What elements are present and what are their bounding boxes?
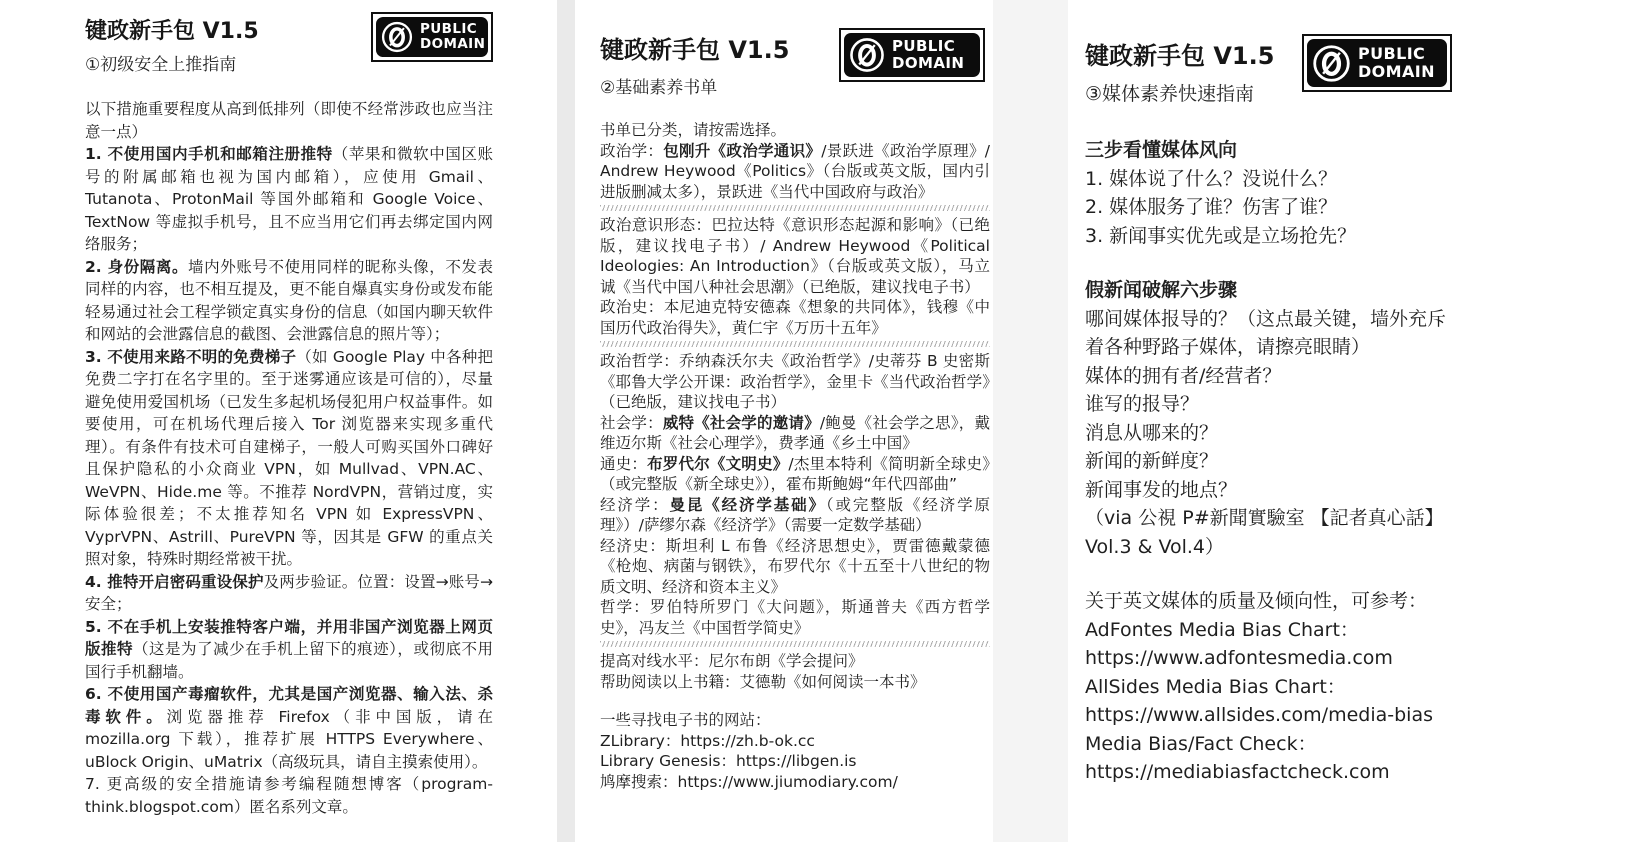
column-divider-left xyxy=(557,0,575,842)
dashed-separator xyxy=(600,341,990,347)
bold-text: 威特《社会学的邀请》 xyxy=(663,414,820,432)
public-domain-badge-inner: PUBLIC DOMAIN xyxy=(376,17,488,57)
spacer xyxy=(1085,561,1460,587)
bold-text: 包刚升《政治学通识》 xyxy=(663,142,821,160)
badge-text: PUBLIC DOMAIN xyxy=(1358,45,1435,81)
paragraph: 2. 身份隔离。墙内外账号不使用同样的昵称头像，不发表同样的内容，也不相互提及，… xyxy=(85,256,493,346)
bold-text: 2. 身份隔离。 xyxy=(85,258,188,276)
cc0-zero-icon xyxy=(1311,43,1352,84)
bold-text: 1. 不使用国内手机和邮箱注册推特 xyxy=(85,145,333,163)
text-line: 3. 新闻事实优先或是立场抢先？ xyxy=(1085,222,1460,251)
panel-book-list: 键政新手包 V1.5 ②基础素养书单 PUBLIC DOMAIN 书单已分类，请… xyxy=(600,30,990,792)
paragraph: 6. 不使用国产毒瘤软件，尤其是国产浏览器、输入法、杀毒软件。浏览器推荐 Fir… xyxy=(85,683,493,773)
badge-text-line1: PUBLIC xyxy=(420,22,485,37)
paragraph: 经济史：斯坦利 L 布鲁《经济思想史》，贾雷德戴蒙德《枪炮、病菌与钢铁》，布罗代… xyxy=(600,536,990,598)
text: 提高对线水平：尼尔布朗《学会提问》 xyxy=(600,652,864,670)
text: （这是为了减少在手机上留下的痕迹），或彻底不用国行手机翻墙。 xyxy=(85,640,493,681)
text: 政治史：本尼迪克特安德森《想象的共同体》，钱穆《中国历代政治得失》，黄仁宇《万历… xyxy=(600,298,990,337)
intro-line: 书单已分类，请按需选择。 xyxy=(600,120,990,141)
text-line: （via 公視 P#新聞實驗室 【記者真心話】Vol.3 & Vol.4） xyxy=(1085,504,1460,561)
paragraph: 提高对线水平：尼尔布朗《学会提问》 xyxy=(600,651,990,672)
paragraph: 政治学：包刚升《政治学通识》/景跃进《政治学原理》/ Andrew Heywoo… xyxy=(600,141,990,203)
paragraph: 社会学：威特《社会学的邀请》/鲍曼《社会学之思》，戴维迈尔斯《社会心理学》，费孝… xyxy=(600,413,990,454)
text-line: 新闻的新鲜度？ xyxy=(1085,447,1460,476)
text: 7. 更高级的安全措施请参考编程随想博客（program-think.blogs… xyxy=(85,775,493,816)
cc0-zero-icon xyxy=(380,20,414,54)
column-divider-right xyxy=(993,0,1068,842)
text-line: 谁写的报导？ xyxy=(1085,390,1460,419)
text: （如 Google Play 中各种把免费二字打在名字里的。至于迷雾通应该是可信… xyxy=(85,348,493,569)
public-domain-badge-inner: PUBLIC DOMAIN xyxy=(844,33,980,77)
dashed-separator xyxy=(600,205,990,211)
dashed-separator xyxy=(600,641,990,647)
text: 经济学： xyxy=(600,496,670,514)
badge-text-line1: PUBLIC xyxy=(1358,45,1435,63)
badge-text-line1: PUBLIC xyxy=(892,38,964,55)
text: 社会学： xyxy=(600,414,663,432)
text-line: AdFontes Media Bias Chart： xyxy=(1085,616,1460,645)
section-heading: 三步看懂媒体风向 xyxy=(1085,136,1460,165)
public-domain-badge: PUBLIC DOMAIN xyxy=(371,12,493,62)
text: 哲学：罗伯特所罗门《大问题》，斯通普夫《西方哲学史》，冯友兰《中国哲学简史》 xyxy=(600,598,990,637)
text: 政治学： xyxy=(600,142,663,160)
panel-header: 键政新手包 V1.5 ①初级安全上推指南 PUBLIC DOMAIN xyxy=(85,14,493,75)
text-line: 消息从哪来的？ xyxy=(1085,419,1460,448)
spacer xyxy=(600,692,990,710)
public-domain-badge-inner: PUBLIC DOMAIN xyxy=(1307,39,1447,87)
section-heading: 假新闻破解六步骤 xyxy=(1085,276,1460,305)
panel-header: 键政新手包 V1.5 ②基础素养书单 PUBLIC DOMAIN xyxy=(600,30,990,98)
cc0-zero-icon xyxy=(848,36,886,74)
bold-text: 3. 不使用来路不明的免费梯子 xyxy=(85,348,296,366)
text-line: https://mediabiasfactcheck.com xyxy=(1085,758,1460,787)
text-line: 鸠摩搜索：https://www.jiumodiary.com/ xyxy=(600,772,990,793)
paragraph: 5. 不在手机上安装推特客户端，并用非国产浏览器上网页版推特（这是为了减少在手机… xyxy=(85,616,493,684)
text: 政治意识形态：巴拉达特《意识形态起源和影响》（已绝版，建议找电子书）/ Andr… xyxy=(600,216,990,296)
text-line: 关于英文媒体的质量及倾向性，可参考： xyxy=(1085,587,1460,616)
panel-security-guide: 键政新手包 V1.5 ①初级安全上推指南 PUBLIC DOMAIN 以下措施重… xyxy=(85,14,493,818)
paragraph: 通史：布罗代尔《文明史》/杰里本特利《简明新全球史》（或完整版《新全球史》），霍… xyxy=(600,454,990,495)
text-line: 2. 媒体服务了谁？伤害了谁？ xyxy=(1085,193,1460,222)
text: 以下措施重要程度从高到低排列（即使不经常涉政也应当注意一点） xyxy=(85,100,493,141)
spacer xyxy=(1085,250,1460,276)
paragraph: 3. 不使用来路不明的免费梯子（如 Google Play 中各种把免费二字打在… xyxy=(85,346,493,571)
bold-text: 4. 推特开启密码重设保护 xyxy=(85,573,264,591)
text: 政治哲学：乔纳森沃尔夫《政治哲学》/史蒂芬 B 史密斯《耶鲁大学公开课：政治哲学… xyxy=(600,352,990,411)
text-line: AllSides Media Bias Chart： xyxy=(1085,673,1460,702)
bold-text: 布罗代尔《文明史》 xyxy=(647,455,788,473)
text-line: Media Bias/Fact Check： xyxy=(1085,730,1460,759)
text-line: ZLibrary：https://zh.b-ok.cc xyxy=(600,731,990,752)
paragraph: 以下措施重要程度从高到低排列（即使不经常涉政也应当注意一点） xyxy=(85,98,493,143)
badge-text: PUBLIC DOMAIN xyxy=(892,38,964,72)
paragraph: 帮助阅读以上书籍：艾德勒《如何阅读一本书》 xyxy=(600,672,990,693)
paragraph: 经济学：曼昆《经济学基础》（或完整版《经济学原理》）/萨缪尔森《经济学》（需要一… xyxy=(600,495,990,536)
text-line: 一些寻找电子书的网站： xyxy=(600,710,990,731)
badge-text-line2: DOMAIN xyxy=(892,55,964,72)
paragraph: 政治史：本尼迪克特安德森《想象的共同体》，钱穆《中国历代政治得失》，黄仁宇《万历… xyxy=(600,297,990,338)
text: 帮助阅读以上书籍：艾德勒《如何阅读一本书》 xyxy=(600,673,926,691)
badge-text-line2: DOMAIN xyxy=(1358,63,1435,81)
text-line: Library Genesis：https://libgen.is xyxy=(600,751,990,772)
text-line: 哪间媒体报导的？（这点最关键，墙外充斥着各种野路子媒体，请擦亮眼睛） xyxy=(1085,305,1460,362)
security-guide-text: 以下措施重要程度从高到低排列（即使不经常涉政也应当注意一点）1. 不使用国内手机… xyxy=(85,98,493,818)
book-list: 政治学：包刚升《政治学通识》/景跃进《政治学原理》/ Andrew Heywoo… xyxy=(600,141,990,693)
ebook-sites: 一些寻找电子书的网站：ZLibrary：https://zh.b-ok.ccLi… xyxy=(600,710,990,792)
public-domain-badge: PUBLIC DOMAIN xyxy=(1302,34,1452,92)
panel-media-literacy: 键政新手包 V1.5 ③媒体素养快速指南 PUBLIC DOMAIN 三步看懂媒… xyxy=(1085,36,1460,787)
panel-header: 键政新手包 V1.5 ③媒体素养快速指南 PUBLIC DOMAIN xyxy=(1085,36,1460,106)
paragraph: 4. 推特开启密码重设保护及两步验证。位置：设置→账号→安全； xyxy=(85,571,493,616)
paragraph: 7. 更高级的安全措施请参考编程随想博客（program-think.blogs… xyxy=(85,773,493,818)
paragraph: 政治意识形态：巴拉达特《意识形态起源和影响》（已绝版，建议找电子书）/ Andr… xyxy=(600,215,990,297)
text-line: 新闻事发的地点？ xyxy=(1085,476,1460,505)
paragraph: 政治哲学：乔纳森沃尔夫《政治哲学》/史蒂芬 B 史密斯《耶鲁大学公开课：政治哲学… xyxy=(600,351,990,413)
paragraph: 哲学：罗伯特所罗门《大问题》，斯通普夫《西方哲学史》，冯友兰《中国哲学简史》 xyxy=(600,597,990,638)
media-guide-text: 三步看懂媒体风向1. 媒体说了什么？没说什么？2. 媒体服务了谁？伤害了谁？3.… xyxy=(1085,136,1460,787)
text-line: 1. 媒体说了什么？没说什么？ xyxy=(1085,165,1460,194)
paragraph: 1. 不使用国内手机和邮箱注册推特（苹果和微软中国区账号的附属邮箱也视为国内邮箱… xyxy=(85,143,493,256)
bold-text: 曼昆《经济学基础》 xyxy=(670,496,826,514)
text-line: 媒体的拥有者/经营者？ xyxy=(1085,362,1460,391)
public-domain-badge: PUBLIC DOMAIN xyxy=(839,28,985,82)
book-list-body: 书单已分类，请按需选择。 政治学：包刚升《政治学通识》/景跃进《政治学原理》/ … xyxy=(600,120,990,792)
text-line: https://www.allsides.com/media-bias xyxy=(1085,701,1460,730)
text: 经济史：斯坦利 L 布鲁《经济思想史》，贾雷德戴蒙德《枪炮、病菌与钢铁》，布罗代… xyxy=(600,537,990,596)
badge-text-line2: DOMAIN xyxy=(420,37,485,52)
text: 通史： xyxy=(600,455,647,473)
badge-text: PUBLIC DOMAIN xyxy=(420,22,485,52)
text-line: https://www.adfontesmedia.com xyxy=(1085,644,1460,673)
